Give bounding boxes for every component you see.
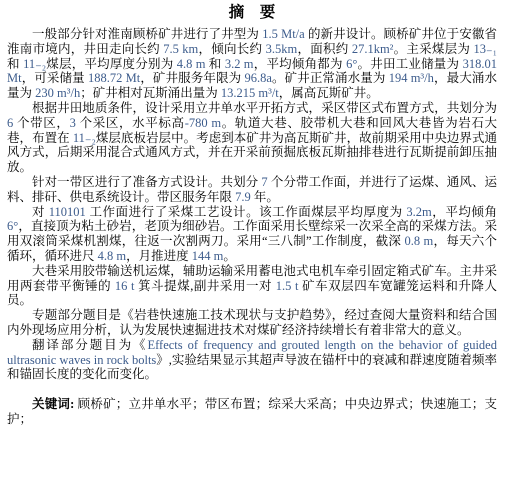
text-run: ，可采储量 [22, 71, 88, 85]
text-run: 。矿井正常涌水量为 [272, 71, 389, 85]
paragraph-mining-process: 对 110101 工作面进行了采煤工艺设计。该工作面煤层平均厚度为 3.2m，平… [7, 205, 497, 264]
numeric-value: 3.2m [406, 205, 431, 219]
numeric-value: 144 m [192, 249, 224, 263]
numeric-value: 11₋₂ [73, 131, 96, 145]
text-run: ，面积约 [297, 42, 352, 56]
numeric-value: 6° [7, 219, 18, 233]
text-run: 一般部分针对淮南顾桥矿井进行了井型为 [32, 27, 262, 41]
text-run: 。 [223, 249, 236, 263]
paragraph-special-topic: 专题部分题目是《岩巷快速施工技术现状与支护趋势》，经过查阅大量资料和结合国内外现… [7, 308, 497, 338]
text-run: 年。 [251, 190, 279, 204]
text-run: ，矿井服务年限为 [140, 71, 244, 85]
paragraph-transport: 大巷采用胶带输送机运煤，辅助运输采用蓄电池式电机车牵引固定箱式矿车。主井采用两套… [7, 264, 497, 308]
text-run: 煤层，平均厚度分别为 [46, 57, 177, 71]
text-run: 根据井田地质条件，设计采用立井单水平开拓方式，采区带区式布置方式，共划分为 [32, 101, 497, 115]
paragraph-translation: 翻译部分题目为《Effects of frequency and grouted… [7, 338, 497, 382]
keywords-text: 顾桥矿；立井单水平；带区布置；综采大采高；中央边界式；快速施工；支护； [7, 397, 497, 426]
text-run: ，平均倾角都为 [254, 57, 347, 71]
text-run: 个采区，水平标高 [76, 116, 185, 130]
numeric-value: -780 m [185, 116, 221, 130]
numeric-value: 96.8a [244, 71, 271, 85]
text-run: 箕斗提煤,副井采用一对 [134, 279, 275, 293]
numeric-value: 1.5 Mt/a [262, 27, 304, 41]
text-run: ，月推进度 [126, 249, 192, 263]
text-run: 。井田工业储量为 [357, 57, 462, 71]
text-run: ，平均倾角 [432, 205, 497, 219]
numeric-value: 194 m³/h [389, 71, 434, 85]
text-run: 个带区， [13, 116, 69, 130]
paragraph-panel-prep: 针对一带区进行了准备方式设计。共划分 7 个分带工作面，并进行了运煤、通风、运料… [7, 175, 497, 205]
numeric-value: 7.9 [235, 190, 251, 204]
paragraph-development: 根据井田地质条件，设计采用立井单水平开拓方式，采区带区式布置方式，共划分为 6 … [7, 101, 497, 175]
numeric-value: 3.2 m [225, 57, 254, 71]
numeric-value: 6° [346, 57, 357, 71]
numeric-value: 7.5 km [163, 42, 198, 56]
text-run: ；矿井相对瓦斯涌出量为 [80, 86, 221, 100]
numeric-value: 188.72 Mt [88, 71, 140, 85]
numeric-value: 13₋₁ [474, 42, 497, 56]
numeric-value: 16 t [115, 279, 135, 293]
text-run: 专题部分题目是《岩巷快速施工技术现状与支护趋势》，经过查阅大量资料和结合国内外现… [7, 308, 497, 337]
text-run: ，倾向长约 [198, 42, 265, 56]
text-run: ，属高瓦斯矿井。 [279, 86, 379, 100]
numeric-value: 0.8 m [405, 234, 434, 248]
numeric-value: 3.5km [266, 42, 298, 56]
page-title: 摘 要 [7, 4, 497, 22]
numeric-value: 11₋₂ [23, 57, 46, 71]
numeric-value: 27.1km² [352, 42, 394, 56]
text-run: 和 [7, 57, 23, 71]
numeric-value: 4.8 m [177, 57, 206, 71]
text-run: 翻译部分题目为《 [32, 338, 147, 352]
numeric-value: 13.215 m³/t [221, 86, 279, 100]
keywords-label: 关键词: [32, 397, 74, 411]
text-run: 和 [205, 57, 224, 71]
keywords-line: 关键词: 顾桥矿；立井单水平；带区布置；综采大采高；中央边界式；快速施工；支护； [7, 397, 497, 427]
numeric-value: 110101 [49, 205, 86, 219]
text-run: 对 [32, 205, 49, 219]
numeric-value: 1.5 t [276, 279, 299, 293]
numeric-value: 4.8 m [98, 249, 126, 263]
text-run: 工作面进行了采煤工艺设计。该工作面煤层平均厚度为 [86, 205, 407, 219]
abstract-page: 摘 要 一般部分针对淮南顾桥矿井进行了井型为 1.5 Mt/a 的新井设计。顾桥… [0, 0, 505, 501]
text-run: 针对一带区进行了准备方式设计。共划分 [32, 175, 261, 189]
numeric-value: 230 m³/h [35, 86, 80, 100]
text-run: 。主采煤层为 [393, 42, 473, 56]
paragraph-mine-overview: 一般部分针对淮南顾桥矿井进行了井型为 1.5 Mt/a 的新井设计。顾桥矿井位于… [7, 27, 497, 101]
